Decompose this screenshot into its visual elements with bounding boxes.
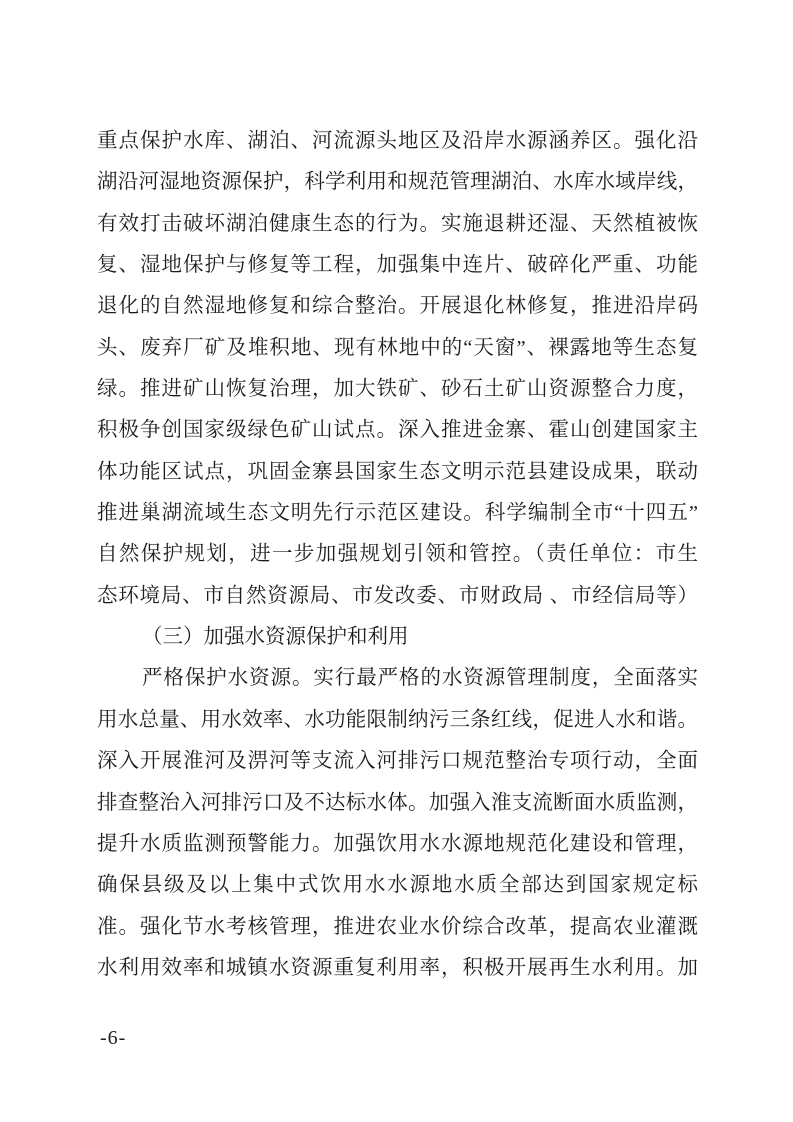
text-line: 态环境局、市自然资源局、市发改委、市财政局 、市经信局等） (97, 576, 698, 617)
text-line: 深入开展淮河及淠河等支流入河排污口规范整治专项行动，全面 (97, 741, 698, 782)
text-line: 湖沿河湿地资源保护，科学利用和规范管理湖泊、水库水域岸线， (97, 162, 698, 203)
text-line: 准。强化节水考核管理，推进农业水价综合改革，提高农业灌溉 (97, 907, 698, 948)
text-line: 绿。推进矿山恢复治理，加大铁矿、砂石土矿山资源整合力度， (97, 369, 698, 410)
text-line: 体功能区试点，巩固金寨县国家生态文明示范县建设成果，联动 (97, 452, 698, 493)
text-line: 用水总量、用水效率、水功能限制纳污三条红线，促进人水和谐。 (97, 700, 698, 741)
document-page: 重点保护水库、湖泊、河流源头地区及沿岸水源涵养区。强化沿 湖沿河湿地资源保护，科… (0, 0, 793, 1122)
section-heading: （三）加强水资源保护和利用 (97, 617, 698, 658)
text-line: 水利用效率和城镇水资源重复利用率，积极开展再生水利用。加 (97, 948, 698, 989)
text-line: 积极争创国家级绿色矿山试点。深入推进金寨、霍山创建国家主 (97, 410, 698, 451)
text-line: 复、湿地保护与修复等工程，加强集中连片、破碎化严重、功能 (97, 245, 698, 286)
text-line: 确保县级及以上集中式饮用水水源地水质全部达到国家规定标 (97, 865, 698, 906)
text-line: 提升水质监测预警能力。加强饮用水水源地规范化建设和管理， (97, 824, 698, 865)
text-line: 有效打击破坏湖泊健康生态的行为。实施退耕还湿、天然植被恢 (97, 204, 698, 245)
text-line: 推进巢湖流域生态文明先行示范区建设。科学编制全市“十四五” (97, 493, 698, 534)
text-line: 退化的自然湿地修复和综合整治。开展退化林修复，推进沿岸码 (97, 286, 698, 327)
text-line: 头、废弃厂矿及堆积地、现有林地中的“天窗”、裸露地等生态复 (97, 328, 698, 369)
document-body: 重点保护水库、湖泊、河流源头地区及沿岸水源涵养区。强化沿 湖沿河湿地资源保护，科… (97, 121, 698, 989)
text-line: 自然保护规划，进一步加强规划引领和管控。（责任单位：市生 (97, 534, 698, 575)
page-number: -6- (100, 1026, 126, 1050)
text-line: 排查整治入河排污口及不达标水体。加强入淮支流断面水质监测， (97, 783, 698, 824)
text-line: 严格保护水资源。实行最严格的水资源管理制度，全面落实 (97, 658, 698, 699)
text-line: 重点保护水库、湖泊、河流源头地区及沿岸水源涵养区。强化沿 (97, 121, 698, 162)
